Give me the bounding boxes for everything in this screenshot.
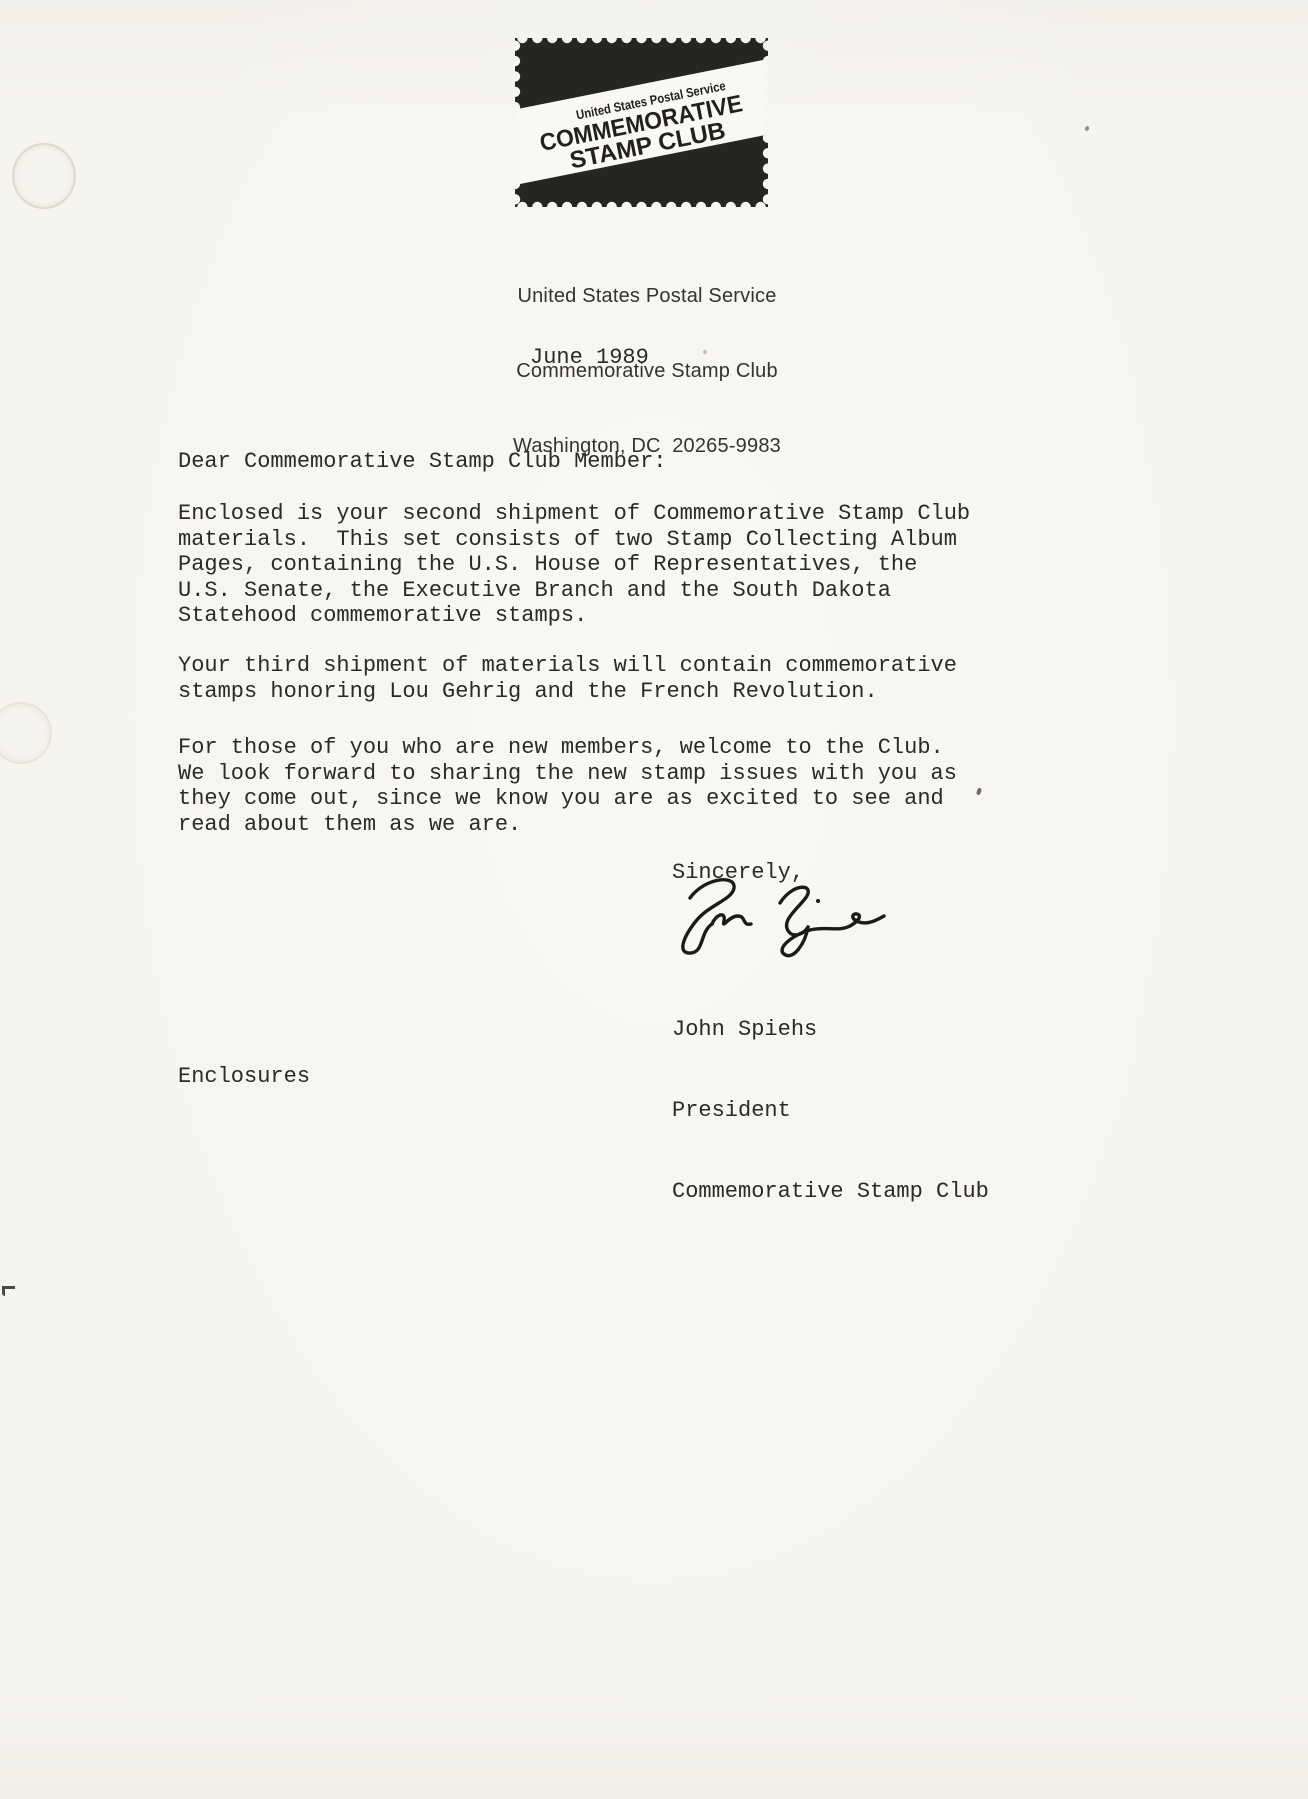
scan-speck <box>1084 125 1089 131</box>
signer-organization: Commemorative Stamp Club <box>672 1178 989 1205</box>
hole-punch-artifact-top <box>12 143 76 209</box>
scan-artifact-corner-mark <box>2 1286 15 1296</box>
enclosures-note: Enclosures <box>178 1064 310 1090</box>
signer-name: John Spiehs <box>672 1016 989 1043</box>
stamp-logo-svg: United States Postal Service COMMEMORATI… <box>515 38 768 207</box>
signature-john-spiehs <box>648 874 892 974</box>
signer-title: President <box>672 1097 989 1124</box>
salutation: Dear Commemorative Stamp Club Member: <box>178 449 666 475</box>
signer-block: John Spiehs President Commemorative Stam… <box>672 962 989 1259</box>
scan-speck <box>703 350 707 354</box>
stamp-club-logo-icon: United States Postal Service COMMEMORATI… <box>515 38 768 207</box>
paragraph-3: For those of you who are new members, we… <box>178 735 957 837</box>
hole-punch-artifact-middle <box>0 702 52 764</box>
scanned-letter-page: United States Postal Service COMMEMORATI… <box>0 0 1308 1799</box>
paragraph-2: Your third shipment of materials will co… <box>178 653 957 704</box>
letter-date: June 1989 <box>530 345 649 371</box>
letterhead-line1: United States Postal Service <box>497 284 797 309</box>
paragraph-1: Enclosed is your second shipment of Comm… <box>178 501 970 629</box>
scan-speck <box>976 788 982 796</box>
